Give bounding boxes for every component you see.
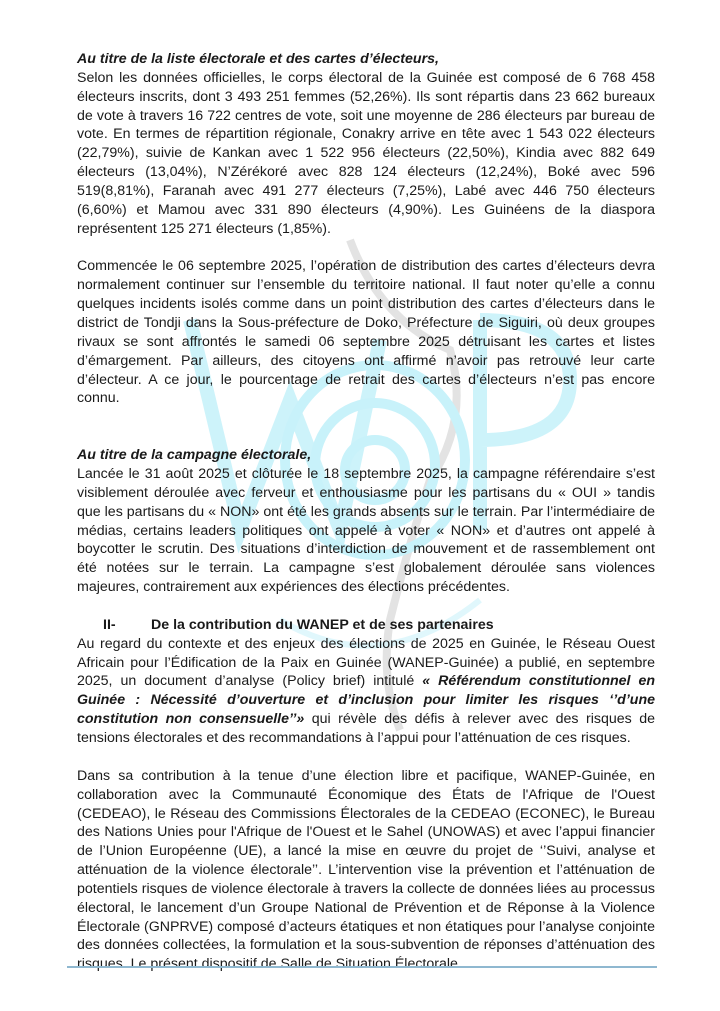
paragraph-campaign: Lancée le 31 août 2025 et clôturée le 18…: [77, 465, 655, 597]
heading-electoral-list: Au titre de la liste électorale et des c…: [77, 50, 655, 69]
footer-rule: [67, 966, 657, 968]
paragraph-project: Dans sa contribution à la tenue d’une él…: [77, 767, 655, 974]
document-page: Au titre de la liste électorale et des c…: [77, 50, 655, 974]
paragraph-policy-brief: Au regard du contexte et des enjeux des …: [77, 635, 655, 748]
section-heading-wanep: II- De la contribution du WANEP et de se…: [77, 616, 655, 635]
section-title: De la contribution du WANEP et de ses pa…: [151, 616, 494, 635]
paragraph-electoral-body: Selon les données officielles, le corps …: [77, 69, 655, 239]
heading-campaign: Au titre de la campagne électorale,: [77, 446, 655, 465]
section-number: II-: [103, 616, 151, 635]
paragraph-voter-cards: Commencée le 06 septembre 2025, l’opérat…: [77, 257, 655, 408]
